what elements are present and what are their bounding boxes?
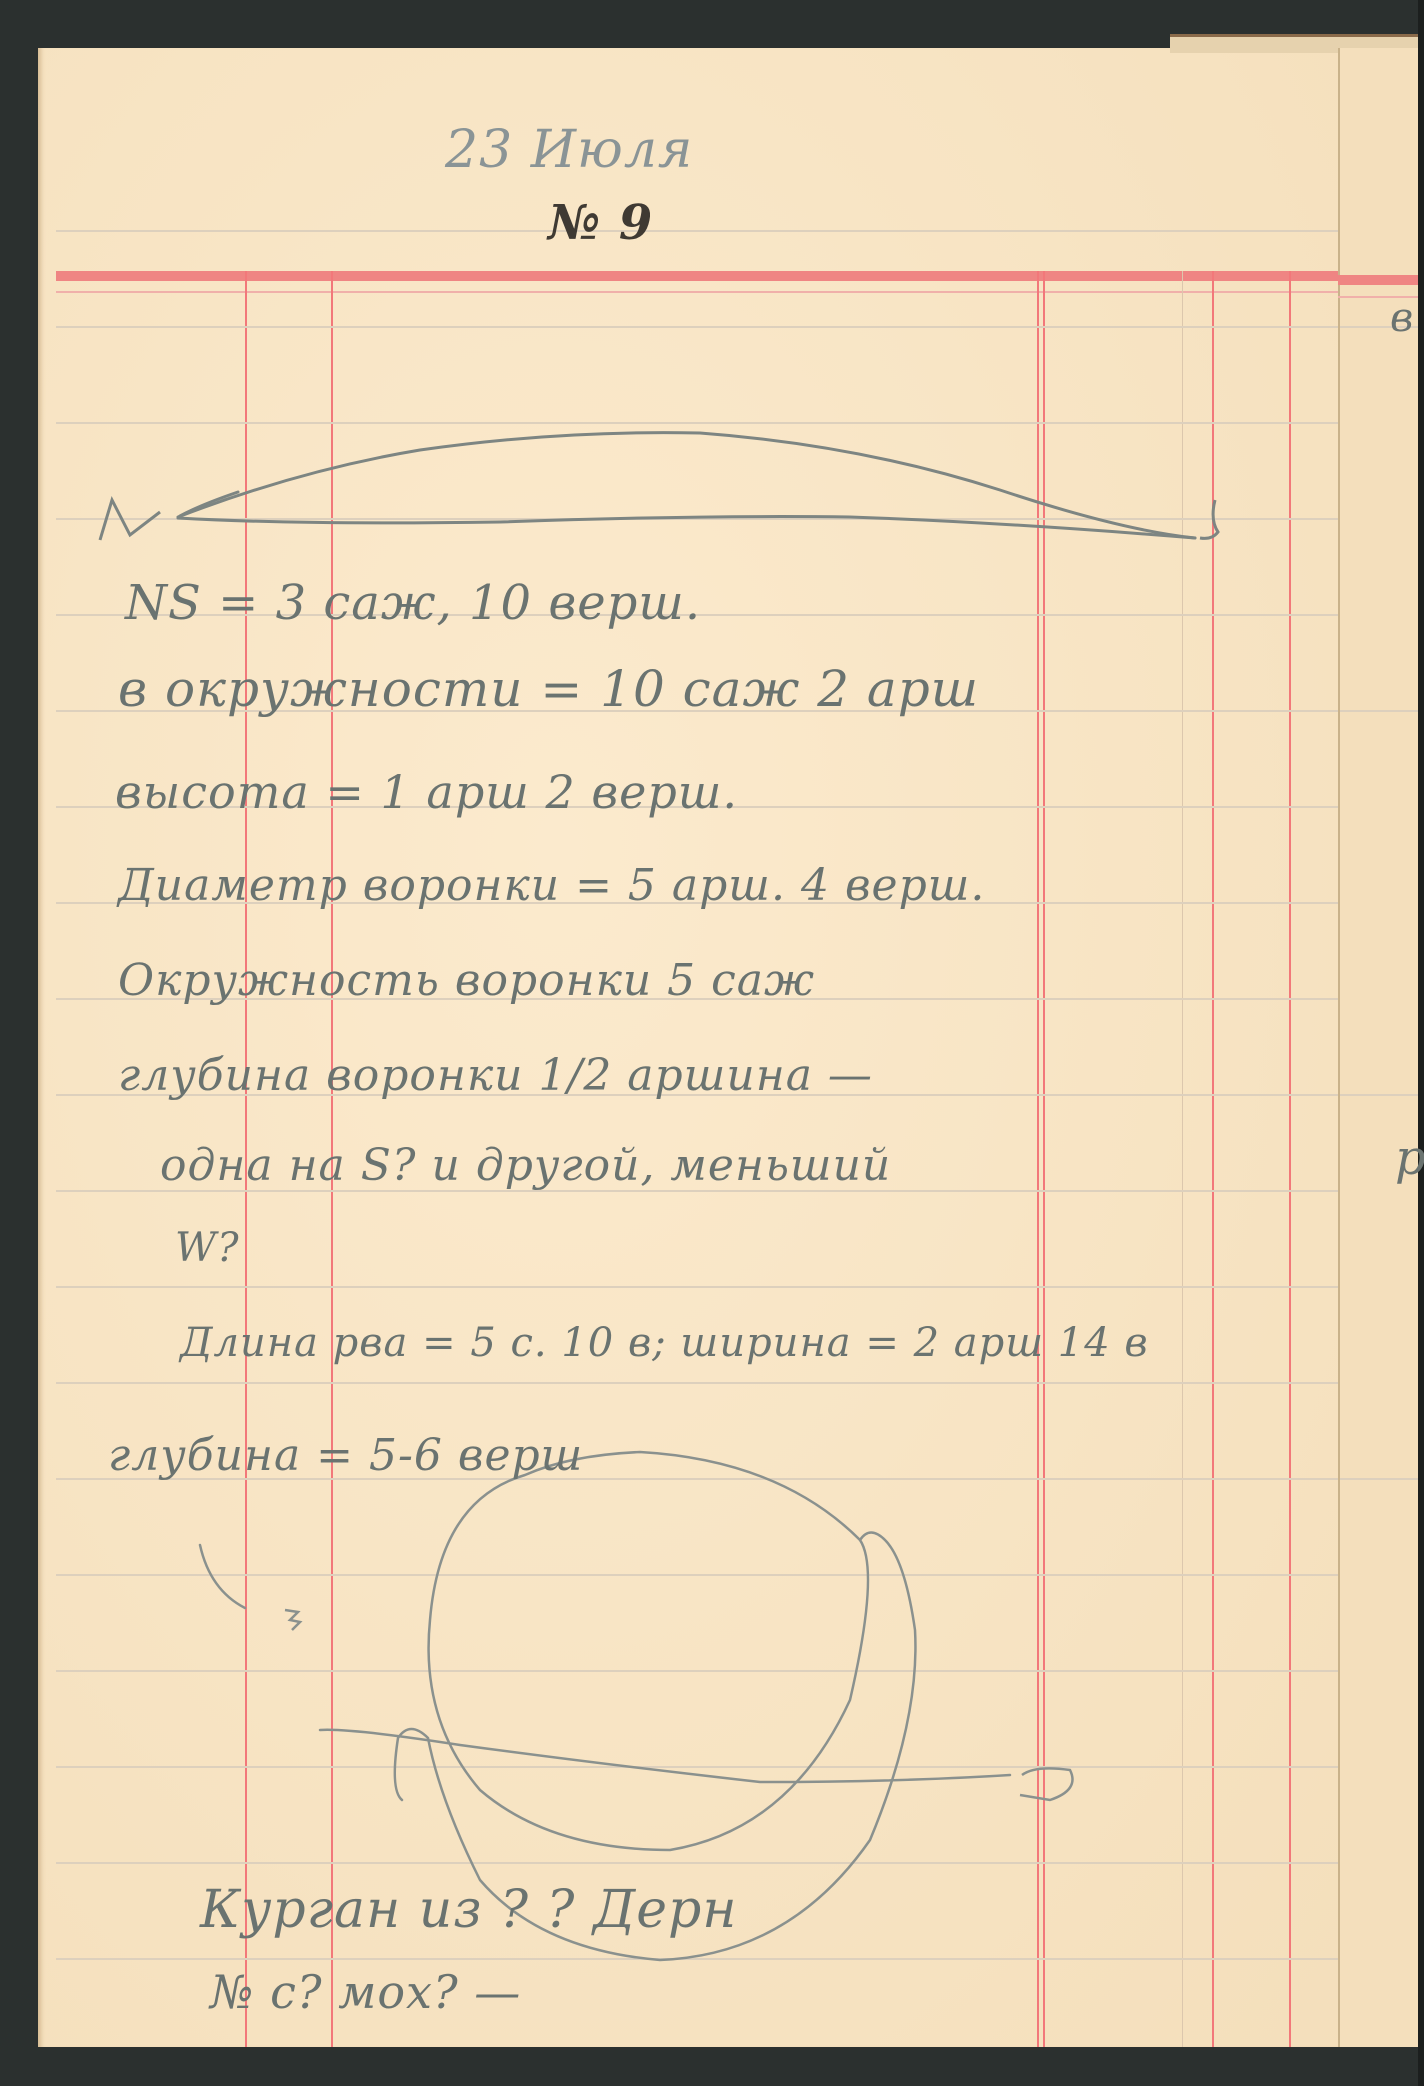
- pencil-sketches: [0, 0, 1424, 2086]
- note-line: Окружность воронки 5 саж: [118, 955, 815, 1006]
- plan-label-s: [1020, 1768, 1073, 1800]
- note-line: W?: [175, 1225, 240, 1271]
- note-line: одна на S? и другой, меньший: [160, 1140, 891, 1191]
- note-line: глубина воронки 1/2 аршина —: [118, 1050, 873, 1101]
- note-line: Диаметр воронки = 5 арш. 4 верш.: [118, 860, 985, 911]
- note-line: Длина рва = 5 с. 10 в; ширина = 2 арш 14…: [180, 1320, 1149, 1366]
- profile-label-w: [100, 500, 160, 540]
- footer-line: № с? мох? —: [210, 1965, 521, 2019]
- footer-line: Курган из ? ? Дерн: [200, 1880, 738, 1940]
- plan-label-n: [285, 1610, 300, 1630]
- note-line: высота = 1 арш 2 верш.: [115, 765, 738, 819]
- note-line: в окружности = 10 саж 2 арш: [118, 660, 979, 718]
- profile-sketch: [178, 433, 1195, 538]
- note-line: NS = 3 саж, 10 верш.: [125, 575, 701, 631]
- note-line: глубина = 5-6 верш: [108, 1430, 583, 1481]
- facing-page-fragment: в: [1390, 295, 1414, 341]
- profile-label-s: [1200, 500, 1218, 538]
- facing-page-fragment: р: [1395, 1130, 1424, 1186]
